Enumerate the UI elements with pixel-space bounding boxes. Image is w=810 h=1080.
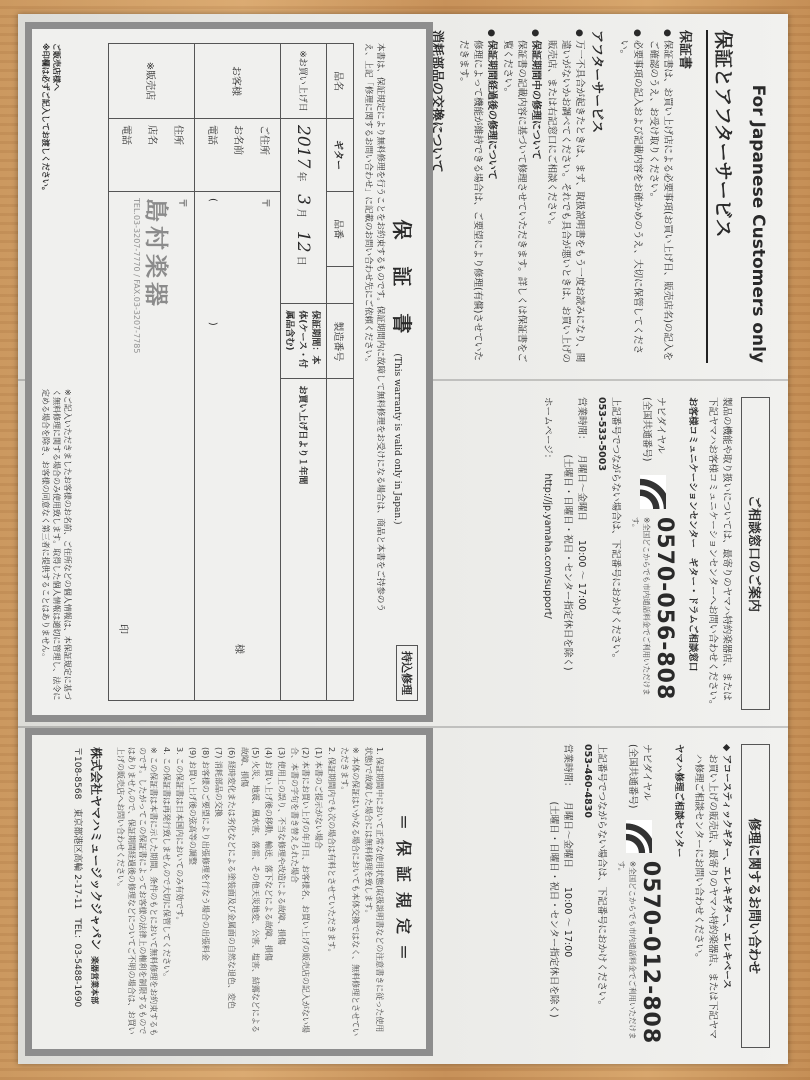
- list-item: 保証期間経過後の修理について修理によって機能が維持できる場合は、ご要望により修理…: [456, 40, 498, 363]
- navi-dial-logo-icon: [627, 820, 653, 853]
- warranty-form-table: 品名 ギター 品番 製造番号 ※お買い上げ日 2017 年 3 月 12 日 保…: [108, 43, 354, 701]
- regulation-item: (8) お客様のご要望により出張修理を行なう場合の出張料金: [200, 747, 211, 1037]
- company-name: 株式会社ヤマハミュージックジャパン楽器営業本部: [88, 747, 105, 1037]
- navi-dial-logo-icon: [641, 475, 667, 509]
- hours-row: 営業時間： 月曜日～金曜日 10:00 ～ 17:00(土曜日・日曜日・祝日・セ…: [560, 397, 588, 710]
- customer-label: お客様: [195, 44, 281, 119]
- repair-heading: 修理に関するお問い合わせ: [741, 744, 770, 1048]
- navi-dial-row: ナビダイヤル (全国共通番号) 0570-056-808 ※全国どこからでも市内…: [630, 397, 677, 710]
- regulation-item: 4. この保証書は再発行致しませんので大切に保管してください。: [161, 747, 172, 1037]
- card-footer-privacy-note: ※ご記入いただきましたお客様のお名前、ご住所などの個人情報は、本保証規定に基づく…: [40, 389, 73, 701]
- warranty-document: For Japanese Customers only 保証とアフターサービス …: [18, 14, 788, 1064]
- address-label: ご住所: [251, 125, 277, 185]
- hours-note: (土曜日・日曜日・祝日・センター指定休日を除く): [562, 455, 573, 671]
- card-subtitle: (This warranty is valid only in Japan.): [392, 353, 402, 524]
- repair-phone-number: 0570-012-808: [638, 861, 663, 1048]
- consultation-heading: ご相談窓口のご案内: [741, 397, 770, 710]
- homepage-link[interactable]: http://jp.yamaha.com/support/: [540, 473, 554, 618]
- after-service-heading: アフターサービス: [589, 30, 608, 363]
- postal-mark: 〒: [251, 198, 277, 694]
- regulation-item: (5) 火災、地震、風水害、落雷、その他天災地変、公害、塩害、結露などによる故障…: [239, 747, 261, 1037]
- warranty-period-value: お買い上げ日より１年間: [281, 379, 327, 701]
- customer-phone-label: 電話: [199, 125, 225, 185]
- alt-note: 上記番号でつながらない場合は、下記番号におかけください。: [608, 397, 622, 710]
- warranty-regulations: ＝保証規定＝ 1. 保証期間中において正常な使用状態(取扱説明書などの注意書きに…: [25, 728, 433, 1056]
- warranty-period-label: 保証期間：本体(ケース・付属品含む): [281, 304, 327, 379]
- customer-field-labels: ご住所 お名前 電話: [195, 119, 281, 192]
- homepage-row: ホームページ： http://jp.yamaha.com/support/: [540, 397, 554, 710]
- repair-product-types: アコースティックギター、エレキギター、エレキベース: [721, 755, 732, 989]
- item-text: 修理によって機能が維持できる場合は、ご要望により修理(有償)させていただきます。: [458, 40, 483, 361]
- carry-in-repair-tag: 持込修理: [396, 645, 418, 701]
- dealer-stamp-contact: TEL.03-3207-7770 / FAX.03-3207-7785: [132, 198, 141, 694]
- company-name-text: 株式会社ヤマハミュージックジャパン: [89, 747, 103, 950]
- regulation-item: 2. 保証期間内でも次の場合は有料とさせていただきます。: [326, 747, 337, 1037]
- postal-mark: 〒: [176, 198, 191, 694]
- item-title: 保証期間中の修理について: [528, 40, 542, 363]
- card-note: 本書は、保証規定により無料修理を行うことをお約束するものです。保証期間内に故障し…: [362, 43, 386, 625]
- warranty-heading: 保証書: [677, 30, 696, 363]
- list-item: 保証期間中の修理について保証書の記載内容に基づいて修理させていただきます。詳しく…: [500, 40, 542, 363]
- regulation-item: 1. 保証期間中において正常な使用状態(取扱説明書などの注意書きに従った使用状態…: [363, 747, 385, 1037]
- item-text: 万一不具合が起きたときは、まず、取扱説明書をもう一度お読みになり、間違いがないか…: [546, 40, 585, 363]
- dealer-name-label: 店名: [139, 125, 165, 185]
- english-notice: For Japanese Customers only: [748, 30, 768, 363]
- serial-label: 製造番号: [327, 304, 354, 379]
- hours-label: 営業時間：: [560, 397, 588, 445]
- regulation-item: (9) お買い上げ後の弦高等の調整: [187, 747, 198, 1037]
- purchase-date-field[interactable]: 2017 年 3 月 12 日: [281, 119, 327, 304]
- seal-mark: 印: [117, 198, 132, 694]
- day-unit: 日: [296, 256, 307, 266]
- regulation-item: (1) 本書のご提示がない場合: [313, 747, 324, 1037]
- customer-fields[interactable]: 〒 様 ( ): [195, 192, 281, 701]
- dealer-label: ※販売店: [109, 44, 195, 119]
- hours-label: 営業時間：: [546, 744, 574, 792]
- regulations-list: 1. 保証期間中において正常な使用状態(取扱説明書などの注意書きに従った使用状態…: [115, 747, 385, 1037]
- dealer-field-labels: 住所 店名 電話: [109, 119, 195, 192]
- repair-text: お買い上げの販売店、最寄りのヤマハ特約楽器店、または下記ヤマハ修理ご相談センター…: [691, 754, 719, 1048]
- dealer-address-label: 住所: [165, 125, 191, 185]
- regulation-item: ※ 本体の保証はいかなる場合においても本体交換ではなく、無料修理とさせていただき…: [339, 747, 361, 1037]
- homepage-label: ホームページ：: [540, 397, 554, 463]
- item-text: 保証書の記載内容に基づいて修理させていただきます。詳しくは保証書をご覧ください。: [502, 40, 527, 362]
- product-label: 品名: [327, 44, 354, 119]
- navi-dial-row: ナビダイヤル (全国共通番号) 0570-012-808 ※全国どこからでも市内…: [616, 744, 663, 1048]
- hours-row: 営業時間： 月曜日～金曜日 10:00 ～ 17:00(土曜日・日曜日・祝日・セ…: [546, 744, 574, 1048]
- name-suffix: 様: [225, 198, 251, 694]
- document-title: 保証とアフターサービス: [706, 30, 738, 363]
- regulation-item: (7) 消耗部品の交換: [213, 747, 224, 1037]
- warranty-card: 保 証 書(This warranty is valid only in Jap…: [25, 22, 433, 722]
- regulation-item: (4) お買い上げ後の移動、輸送、落下などによる故障、損傷: [263, 747, 274, 1037]
- dealer-stamp: 島村楽器: [141, 198, 176, 694]
- list-item: 万一不具合が起きたときは、まず、取扱説明書をもう一度お読みになり、間違いがないか…: [544, 40, 586, 363]
- regulations-title: ＝保証規定＝: [393, 747, 416, 1037]
- customer-phone-field: ( ): [199, 198, 225, 694]
- phone-number: 0570-056-808: [652, 517, 677, 710]
- hours: 月曜日～金曜日 10:00 ～ 17:00: [562, 802, 573, 958]
- alt-phone: 053-533-5003: [594, 397, 608, 710]
- purchase-month: 3: [294, 194, 314, 205]
- phone-note: ※全国どこからでも市内通話料金でご利用いただけます。: [630, 517, 652, 710]
- regulation-item: ※ この保証書は本書に示した期間、条件のもとにおいて無料修理をお約束するものです…: [115, 747, 159, 1037]
- navi-label: ナビダイヤル (全国共通番号): [640, 397, 668, 467]
- regulation-item: 3. この保証書は日本国内においてのみ有効です。: [174, 747, 185, 1037]
- regulation-item: (3) 使用上の誤り、不当な修理や改造による故障、損傷: [276, 747, 287, 1037]
- regulation-item: (2) 本書にお買い上げの年月日、お客様名、お買い上げの販売店の記入がない場合、…: [289, 747, 311, 1037]
- name-label: お名前: [225, 125, 251, 185]
- hours: 月曜日～金曜日 10:00 ～ 17:00: [576, 455, 587, 611]
- company-address: 〒108-8568 東京都港区高輪 2-17-11 TEL：03-5488-16…: [72, 747, 85, 1037]
- consultation-intro: 製品の機能や取り扱いについては、最寄りのヤマハ特約楽器店、または下記ヤマハお客様…: [705, 397, 733, 710]
- dealer-phone-label: 電話: [113, 125, 139, 185]
- company-dept: 楽器営業本部: [90, 956, 99, 1004]
- repair-bullet: ◆ アコースティックギター、エレキギター、エレキベース: [719, 744, 733, 1048]
- alt-phone: 053-460-4830: [580, 744, 594, 1048]
- center-name: お客様コミュニケーションセンター ギター・ドラムご相談窓口: [685, 397, 699, 710]
- warranty-card-title: 保 証 書(This warranty is valid only in Jap…: [389, 29, 418, 715]
- purchase-date-label: ※お買い上げ日: [281, 44, 327, 119]
- purchase-year: 2017: [294, 125, 314, 168]
- alt-note: 上記番号でつながらない場合は、下記番号におかけください。: [594, 744, 608, 1048]
- phone-note: ※全国どこからでも市内通話料金でご利用いただけます。: [616, 861, 638, 1048]
- navi-label: ナビダイヤル (全国共通番号): [626, 744, 654, 812]
- card-footer-dealer-note: ご販売店様へ ※印欄は必ずご記入してお渡しください。: [40, 43, 62, 195]
- hours-note: (土曜日・日曜日・祝日・センター指定休日を除く): [548, 802, 559, 1018]
- purchase-day: 12: [294, 231, 314, 253]
- repair-center-name: ヤマハ修理ご相談センター: [671, 744, 685, 1048]
- model-label: 品番: [327, 192, 354, 267]
- year-unit: 年: [296, 171, 307, 181]
- item-title: 保証期間経過後の修理について: [484, 40, 498, 363]
- month-unit: 月: [296, 208, 307, 218]
- list-item: 保証書は、お買い上げ店による必要事項(お買い上げ日、販売店名)の記入をご確認のう…: [646, 40, 674, 363]
- regulation-item: (6) 経時変化または劣化などによる塗装面及び金属面の自然な退色、変色: [226, 747, 237, 1037]
- card-title-text: 保 証 書: [390, 219, 414, 343]
- product-value[interactable]: ギター: [327, 119, 354, 192]
- list-item: 必要事項の記入および記載内容をお確かめのうえ、大切に保管してください。: [616, 40, 644, 363]
- serial-field[interactable]: [327, 379, 354, 701]
- model-field[interactable]: [327, 267, 354, 304]
- dealer-fields[interactable]: 〒 島村楽器 TEL.03-3207-7770 / FAX.03-3207-77…: [109, 192, 195, 701]
